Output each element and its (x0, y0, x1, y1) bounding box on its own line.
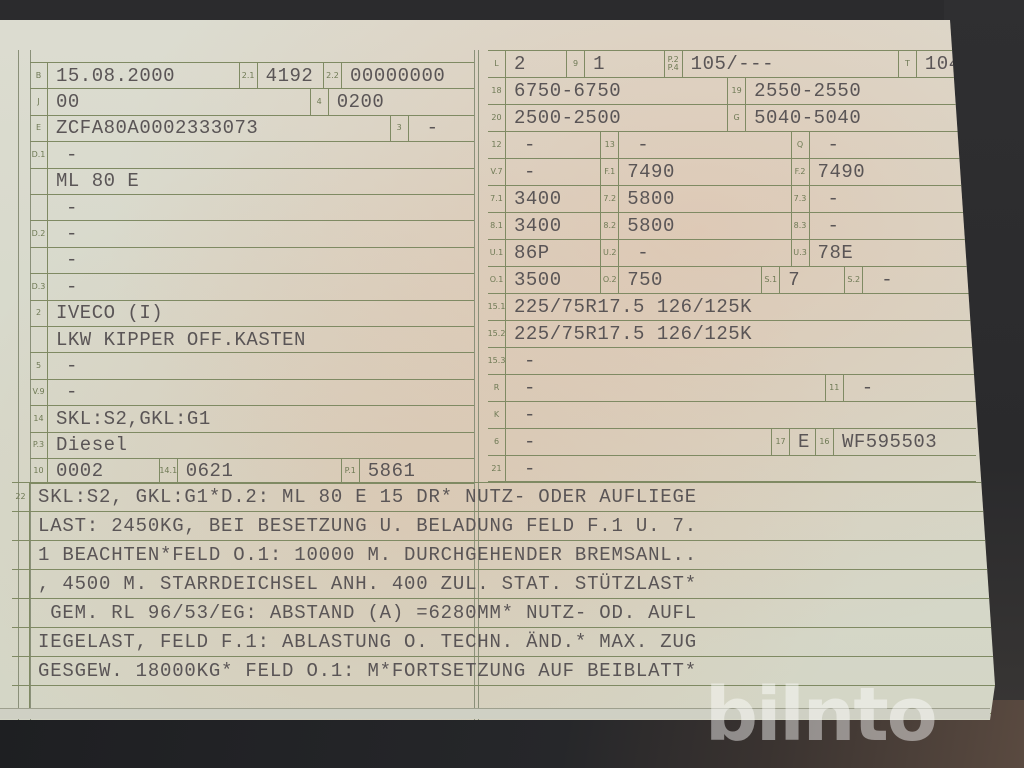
field-value: - (619, 242, 649, 264)
field-number-label: D.2 (30, 221, 48, 246)
field-cell: 8.3- (791, 213, 976, 239)
field-value: 5861 (360, 460, 416, 482)
field-row: EZCFA80A00023330733- (30, 115, 474, 141)
field-value: - (48, 197, 78, 219)
field-cell: ML 80 E (30, 169, 474, 194)
field-number-label: F.1 (601, 159, 619, 185)
field-number-label: F.2 (792, 159, 810, 185)
field-cell: O.2750 (600, 267, 761, 293)
field-row: 2IVECO (I) (30, 300, 474, 326)
field-value: 3400 (506, 215, 562, 237)
field-number-label: 7.2 (601, 186, 619, 212)
field-number-label: 15.2 (488, 321, 506, 347)
field-number-label: T (899, 51, 917, 77)
field-row: - (30, 247, 474, 273)
field-row: 202500-2500G5040-5040 (488, 104, 976, 131)
field-number-label (12, 541, 30, 569)
field-cell: F.17490 (600, 159, 790, 185)
field-value: 225/75R17.5 126/125K (506, 323, 752, 345)
field-value: 105/--- (683, 53, 774, 75)
field-value: 86P (506, 242, 550, 264)
field-row: 15.3- (488, 347, 976, 374)
field-value: 4192 (258, 65, 314, 87)
field-number-label: P.1 (342, 459, 360, 483)
field-row: 5- (30, 352, 474, 378)
field-cell: 40200 (310, 89, 474, 114)
field-number-label: 3 (391, 116, 409, 141)
field-value: - (506, 350, 536, 372)
field-value: SKL:S2,GKL:G1 (48, 408, 211, 430)
field-value: - (810, 188, 840, 210)
field-number-label: Q (792, 132, 810, 158)
field-value: ZCFA80A0002333073 (48, 117, 258, 139)
field-number-label: 10 (30, 459, 48, 483)
remarks-text: SKL:S2, GKL:G1*D.2: ML 80 E 15 DR* NUTZ-… (30, 486, 697, 508)
field-value: - (48, 223, 78, 245)
field-row: R-11- (488, 374, 976, 401)
field-number-label: K (488, 402, 506, 428)
remarks-cell: 22SKL:S2, GKL:G1*D.2: ML 80 E 15 DR* NUT… (12, 483, 996, 511)
field-number-label: U.3 (792, 240, 810, 266)
field-row: 186750-6750192550-2550 (488, 77, 976, 104)
field-cell: 12- (488, 132, 600, 158)
field-number-label: 15.1 (488, 294, 506, 320)
field-number-label: 8.3 (792, 213, 810, 239)
remarks-line: 22SKL:S2, GKL:G1*D.2: ML 80 E 15 DR* NUT… (12, 482, 996, 511)
field-value: - (810, 134, 840, 156)
field-value: - (506, 458, 536, 480)
field-cell: 5- (30, 353, 474, 378)
field-value: 1 (585, 53, 605, 75)
field-cell: B15.08.2000 (30, 63, 239, 88)
field-row: D.3- (30, 273, 474, 299)
field-cell: 8.13400 (488, 213, 600, 239)
watermark-logo: bilnto (705, 672, 936, 758)
field-value: 78E (810, 242, 854, 264)
field-cell: EZCFA80A0002333073 (30, 116, 390, 141)
field-number-label: 14 (30, 406, 48, 431)
field-value: - (619, 134, 649, 156)
field-cell: 14SKL:S2,GKL:G1 (30, 406, 474, 431)
field-value: Diesel (48, 434, 127, 456)
field-row: U.186PU.2-U.378E (488, 239, 976, 266)
field-cell: O.13500 (488, 267, 600, 293)
field-value: 5040-5040 (746, 107, 861, 129)
field-value: 2 (506, 53, 526, 75)
field-row: P.3Diesel (30, 432, 474, 458)
field-cell: 7.25800 (600, 186, 790, 212)
field-value: 5800 (619, 215, 675, 237)
field-value: - (409, 117, 439, 139)
field-value: - (48, 355, 78, 377)
remarks-text: IEGELAST, FELD F.1: ABLASTUNG O. TECHN. … (30, 631, 697, 653)
field-value: LKW KIPPER OFF.KASTEN (48, 329, 306, 351)
right-field-panel: L291P.2 P.4105/---T104186750-6750192550-… (488, 50, 976, 482)
field-number-label: V.7 (488, 159, 506, 185)
field-cell: D.1- (30, 142, 474, 167)
field-value: - (844, 377, 874, 399)
field-cell: 2.200000000 (323, 63, 474, 88)
field-row: O.13500O.2750S.17S.2- (488, 266, 976, 293)
field-cell: 2.14192 (239, 63, 323, 88)
field-row: 15.1225/75R17.5 126/125K (488, 293, 976, 320)
field-number-label: E (30, 116, 48, 141)
field-number-label: L (488, 51, 506, 77)
field-value: - (506, 404, 536, 426)
field-cell: 6- (488, 429, 771, 455)
field-number-label: J (30, 89, 48, 114)
field-number-label (30, 248, 48, 273)
field-cell: LKW KIPPER OFF.KASTEN (30, 327, 474, 352)
field-row: D.2- (30, 220, 474, 246)
field-number-label: P.2 P.4 (665, 51, 683, 77)
field-number-label: 18 (488, 78, 506, 104)
field-cell: P.3Diesel (30, 433, 474, 458)
field-cell: R- (488, 375, 825, 401)
field-value: - (863, 269, 893, 291)
field-number-label: V.9 (30, 380, 48, 405)
remarks-cell: GEM. RL 96/53/EG: ABSTAND (A) =6280MM* N… (12, 599, 996, 627)
field-value: - (506, 161, 536, 183)
field-value: - (48, 381, 78, 403)
field-value: 3400 (506, 188, 562, 210)
field-row: 6-17E16WF595503 (488, 428, 976, 455)
field-cell: 8.25800 (600, 213, 790, 239)
field-cell: 16WF595503 (815, 429, 976, 455)
field-value: 0621 (178, 460, 234, 482)
field-number-label: 8.2 (601, 213, 619, 239)
field-cell: 7.3- (791, 186, 976, 212)
field-number-label: B (30, 63, 48, 88)
field-number-label (12, 599, 30, 627)
field-number-label: S.1 (762, 267, 780, 293)
remarks-text: GEM. RL 96/53/EG: ABSTAND (A) =6280MM* N… (30, 602, 697, 624)
remarks-line: , 4500 M. STARRDEICHSEL ANH. 400 ZUL. ST… (12, 569, 996, 598)
field-number-label: 2 (30, 301, 48, 326)
field-row: 14SKL:S2,GKL:G1 (30, 405, 474, 431)
remarks-line: IEGELAST, FELD F.1: ABLASTUNG O. TECHN. … (12, 627, 996, 656)
field-cell: U.2- (600, 240, 790, 266)
field-value: 0200 (329, 91, 385, 113)
field-cell: 186750-6750 (488, 78, 727, 104)
field-value: 750 (619, 269, 663, 291)
field-row: - (30, 194, 474, 220)
remarks-text: , 4500 M. STARRDEICHSEL ANH. 400 ZUL. ST… (30, 573, 697, 595)
field-number-label: 22 (12, 483, 30, 511)
field-cell: V.9- (30, 380, 474, 405)
field-value: - (506, 431, 536, 453)
field-number-label: 6 (488, 429, 506, 455)
field-cell: 17E (771, 429, 815, 455)
field-cell: U.186P (488, 240, 600, 266)
field-cell: K- (488, 402, 976, 428)
field-value: - (506, 134, 536, 156)
field-cell: 11- (825, 375, 976, 401)
field-row: 7.134007.258007.3- (488, 185, 976, 212)
field-row: 10000214.10621P.15861 (30, 458, 474, 484)
field-cell: 91 (566, 51, 664, 77)
remarks-text: GESGEW. 18000KG* FELD O.1: M*FORTSETZUNG… (30, 660, 697, 682)
field-row: B15.08.20002.141922.200000000 (30, 62, 474, 88)
left-field-panel: B15.08.20002.141922.200000000J0040200EZC… (30, 62, 474, 484)
field-number-label: 17 (772, 429, 790, 455)
field-cell: S.2- (844, 267, 976, 293)
field-value: - (48, 276, 78, 298)
field-cell: P.2 P.4105/--- (664, 51, 898, 77)
field-number-label: O.2 (601, 267, 619, 293)
field-cell: 2IVECO (I) (30, 301, 474, 326)
field-number-label (30, 195, 48, 220)
field-number-label: U.1 (488, 240, 506, 266)
field-number-label: P.3 (30, 433, 48, 458)
field-value: 5800 (619, 188, 675, 210)
field-number-label: 13 (601, 132, 619, 158)
field-value: ML 80 E (48, 170, 139, 192)
field-number-label: 5 (30, 353, 48, 378)
field-cell: 15.2225/75R17.5 126/125K (488, 321, 976, 347)
field-row: 8.134008.258008.3- (488, 212, 976, 239)
field-value: 15.08.2000 (48, 65, 175, 87)
remarks-cell: , 4500 M. STARRDEICHSEL ANH. 400 ZUL. ST… (12, 570, 996, 598)
field-number-label (12, 512, 30, 540)
remarks-cell: LAST: 2450KG, BEI BESETZUNG U. BELADUNG … (12, 512, 996, 540)
field-row: J0040200 (30, 88, 474, 114)
field-number-label: 7.3 (792, 186, 810, 212)
field-row: 21- (488, 455, 976, 482)
field-cell: 202500-2500 (488, 105, 727, 131)
field-cell: P.15861 (341, 459, 474, 483)
remarks-text: 1 BEACHTEN*FELD O.1: 10000 M. DURCHGEHEN… (30, 544, 697, 566)
field-number-label: 20 (488, 105, 506, 131)
field-row: K- (488, 401, 976, 428)
field-number-label: 11 (826, 375, 844, 401)
field-cell: U.378E (791, 240, 976, 266)
field-value: - (506, 377, 536, 399)
field-cell: 100002 (30, 459, 159, 483)
field-row: V.9- (30, 379, 474, 405)
field-cell: D.3- (30, 274, 474, 299)
field-cell: S.17 (761, 267, 844, 293)
field-number-label: G (728, 105, 746, 131)
field-number-label: R (488, 375, 506, 401)
field-number-label: 12 (488, 132, 506, 158)
field-number-label: 19 (728, 78, 746, 104)
field-number-label (12, 628, 30, 656)
field-cell: F.27490 (791, 159, 976, 185)
field-cell: 15.1225/75R17.5 126/125K (488, 294, 976, 320)
field-row: LKW KIPPER OFF.KASTEN (30, 326, 474, 352)
field-cell: - (30, 195, 474, 220)
field-number-label: 2.1 (240, 63, 258, 88)
field-cell: 21- (488, 456, 976, 481)
field-value: 225/75R17.5 126/125K (506, 296, 752, 318)
field-value: 6750-6750 (506, 80, 621, 102)
field-value: IVECO (I) (48, 302, 163, 324)
field-row: ML 80 E (30, 168, 474, 194)
field-value: 7490 (619, 161, 675, 183)
field-value: - (48, 249, 78, 271)
field-row: 15.2225/75R17.5 126/125K (488, 320, 976, 347)
field-cell: - (30, 248, 474, 273)
field-number-label: 2.2 (324, 63, 342, 88)
remarks-line: GEM. RL 96/53/EG: ABSTAND (A) =6280MM* N… (12, 598, 996, 627)
field-number-label (30, 169, 48, 194)
field-number-label: 21 (488, 456, 506, 481)
field-number-label (12, 570, 30, 598)
field-cell: L2 (488, 51, 566, 77)
field-number-label: 15.3 (488, 348, 506, 374)
registration-document: B15.08.20002.141922.200000000J0040200EZC… (0, 20, 1000, 720)
field-number-label: D.3 (30, 274, 48, 299)
field-value: WF595503 (834, 431, 937, 453)
field-cell: J00 (30, 89, 310, 114)
field-cell: 3- (390, 116, 474, 141)
field-value: E (790, 431, 810, 453)
remarks-line: 1 BEACHTEN*FELD O.1: 10000 M. DURCHGEHEN… (12, 540, 996, 569)
field-number-label: D.1 (30, 142, 48, 167)
field-number-label: O.1 (488, 267, 506, 293)
field-row: D.1- (30, 141, 474, 167)
field-cell: 192550-2550 (727, 78, 976, 104)
field-row: L291P.2 P.4105/---T104 (488, 50, 976, 77)
field-cell: 7.13400 (488, 186, 600, 212)
remarks-cell: IEGELAST, FELD F.1: ABLASTUNG O. TECHN. … (12, 628, 996, 656)
field-number-label: 7.1 (488, 186, 506, 212)
field-number-label (12, 657, 30, 685)
field-cell: D.2- (30, 221, 474, 246)
field-value: - (48, 144, 78, 166)
remarks-text: LAST: 2450KG, BEI BESETZUNG U. BELADUNG … (30, 515, 697, 537)
field-number-label: 9 (567, 51, 585, 77)
field-cell: 14.10621 (159, 459, 341, 483)
field-cell: Q- (791, 132, 976, 158)
field-value: 0002 (48, 460, 104, 482)
field-number-label: U.2 (601, 240, 619, 266)
remarks-cell: 1 BEACHTEN*FELD O.1: 10000 M. DURCHGEHEN… (12, 541, 996, 569)
field-cell: V.7- (488, 159, 600, 185)
field-number-label (30, 327, 48, 352)
field-row: V.7-F.17490F.27490 (488, 158, 976, 185)
field-row: 12-13-Q- (488, 131, 976, 158)
field-number-label: 16 (816, 429, 834, 455)
field-value: 7490 (810, 161, 866, 183)
field-value: 2500-2500 (506, 107, 621, 129)
field-number-label: 4 (311, 89, 329, 114)
field-value: 00000000 (342, 65, 445, 87)
field-value: 7 (780, 269, 800, 291)
remarks-line: LAST: 2450KG, BEI BESETZUNG U. BELADUNG … (12, 511, 996, 540)
field-value: - (810, 215, 840, 237)
field-cell: 13- (600, 132, 790, 158)
field-value: 00 (48, 91, 80, 113)
field-cell: 15.3- (488, 348, 976, 374)
field-number-label: 14.1 (160, 459, 178, 483)
field-cell: G5040-5040 (727, 105, 976, 131)
field-number-label: S.2 (845, 267, 863, 293)
field-value: 3500 (506, 269, 562, 291)
field-value: 2550-2550 (746, 80, 861, 102)
field-number-label: 8.1 (488, 213, 506, 239)
